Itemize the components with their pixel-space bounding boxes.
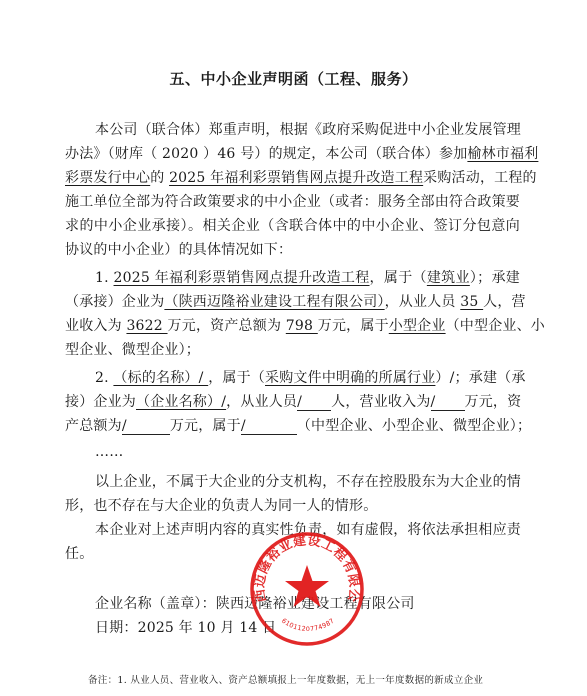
text: 的 [150,170,169,186]
text: 万元，属于 [318,318,389,334]
item2-size: / [241,418,297,435]
text: 接）企业为 [65,394,136,410]
text: 万元，资 [465,394,522,410]
text: ，从业人员 [385,294,461,310]
text: 业收入为 [65,318,126,334]
item2-line1: 2. （标的名称）/ ，属于（采购文件中明确的所属行业）/；承建（承 [95,368,520,388]
item1-company: （陕西迈隆裕业建设工程有限公司） [164,294,384,310]
text: ，属于（ [370,270,427,286]
item1-size: 小型企业 [389,318,446,334]
text: 人，营业收入为 [331,394,430,410]
item1-industry: 建筑业 [427,270,470,286]
item-number: 1. [95,270,114,286]
item1-assets: 798 [286,318,318,334]
text: 采购活动，工程的 [423,170,537,186]
item2-employees: / [297,394,331,411]
text: ，从业人员 [226,394,297,410]
text: ，属于（ [208,370,265,386]
page-title: 五、中小企业声明函（工程、服务） [0,68,587,89]
item1-line2: （承接）企业为（陕西迈隆裕业建设工程有限公司），从业人员 35 人，营 [65,292,520,312]
company-seal-icon: 陕西迈隆裕业建设工程有限公司 6101120774987 [249,531,365,647]
item-number: 2. [95,370,113,386]
text: （承接）企业为 [65,294,164,310]
para1-line3: 彩票发行中心的 2025 年福利彩票销售网点提升改造工程采购活动，工程的 [65,168,520,188]
para1-line1: 本公司（联合体）郑重声明，根据《政府采购促进中小企业发展管理 [95,120,520,140]
para1-line6: 协议的中小企业）的具体情况如下： [65,240,520,260]
text: （中型企业、小型企业、微型企业）； [297,418,531,434]
text: 人，营 [483,294,526,310]
item1-project: 2025 年福利彩票销售网点提升改造工程 [114,270,370,286]
item1-employees: 35 [460,294,483,310]
project-name: 2025 年福利彩票销售网点提升改造工程 [169,170,423,186]
item1-revenue: 3622 [126,318,167,334]
item2-assets: / [122,418,170,435]
purchaser-name: 彩票发行中心 [65,170,150,186]
item2-line2: 接）企业为（企业名称）/，从业人员/人，营业收入为/万元，资 [65,392,520,412]
item2-revenue: / [431,394,465,411]
item2-target: （标的名称）/ [113,370,208,386]
para1-line4: 施工单位全部为符合政策要求的中小企业（或者：服务全部由符合政策要 [65,192,520,212]
text: 本公司（联合体）郑重声明，根据《政府采购促进中小企业发展管理 [95,122,521,138]
footnote: 备注：1. 从业人员、营业收入、资产总额填报上一年度数据，无上一年度数据的新成立… [88,672,483,686]
text: 办法》（财库（ 2020 ）46 号）的规定，本公司（联合体）参加 [65,146,467,162]
ellipsis: …… [95,442,520,462]
para2-line2: 形，也不存在与大企业的负责人为同一人的情形。 [65,496,520,516]
item1-line3: 业收入为 3622 万元，资产总额为 798 万元，属于小型企业（中型企业、小 [65,316,520,336]
item1-line4: 型企业、微型企业）； [65,340,520,360]
para1-line2: 办法》（财库（ 2020 ）46 号）的规定，本公司（联合体）参加榆林市福利 [65,144,520,164]
svg-text:6101120774987: 6101120774987 [280,617,336,633]
item1-line1: 1. 2025 年福利彩票销售网点提升改造工程，属于（建筑业）；承建 [95,268,520,288]
para2-line1: 以上企业，不属于大企业的分支机构，不存在控股股东为大企业的情 [95,472,520,492]
text: 产总额为 [65,418,122,434]
text: 万元，属于 [170,418,241,434]
text: ）；承建 [470,270,520,286]
text: ）/；承建（承 [435,370,525,386]
item2-company: （企业名称）/ [136,394,226,410]
item2-line3: 产总额为/万元，属于/（中型企业、小型企业、微型企业）； [65,416,520,436]
para1-line5: 求的中小企业承接）。相关企业（含联合体中的中小企业、签订分包意向 [65,216,520,236]
purchaser-name: 榆林市福利 [467,146,538,162]
text: 万元，资产总额为 [168,318,286,334]
item2-industry: 采购文件中明确的所属行业 [265,370,435,386]
text: （中型企业、小 [446,318,545,334]
